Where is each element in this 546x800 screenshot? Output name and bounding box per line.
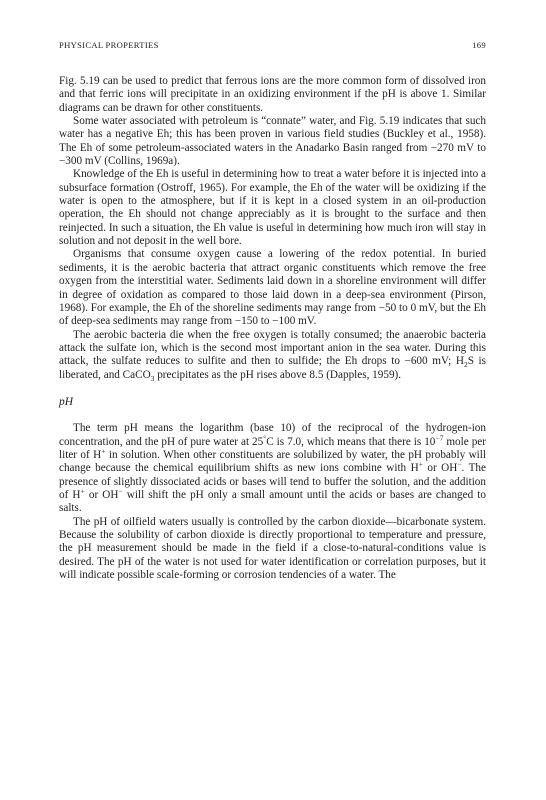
paragraph-7: The pH of oilfield waters usually is con… xyxy=(59,516,486,583)
text-run: or OH xyxy=(423,462,457,474)
paragraph-6: The term pH means the logarithm (base 10… xyxy=(59,422,486,515)
body-text: Fig. 5.19 can be used to predict that fe… xyxy=(59,75,486,582)
paragraph-5: The aerobic bacteria die when the free o… xyxy=(59,329,486,382)
text-run: precipitates as the pH rises above 8.5 (… xyxy=(154,369,401,381)
paragraph-2: Some water associated with petroleum is … xyxy=(59,115,486,168)
paragraph-4: Organisms that consume oxygen cause a lo… xyxy=(59,248,486,328)
text-run: The aerobic bacteria die when the free o… xyxy=(59,329,486,368)
page-number: 169 xyxy=(472,40,486,50)
running-header: PHYSICAL PROPERTIES 169 xyxy=(59,40,486,54)
text-run: C is 7.0, which means that there is 10 xyxy=(266,436,435,448)
text-run: or OH xyxy=(85,489,119,501)
running-title: PHYSICAL PROPERTIES xyxy=(59,40,159,50)
book-page: PHYSICAL PROPERTIES 169 Fig. 5.19 can be… xyxy=(59,40,486,582)
paragraph-3: Knowledge of the Eh is useful in determi… xyxy=(59,168,486,248)
paragraph-1: Fig. 5.19 can be used to predict that fe… xyxy=(59,75,486,115)
section-heading-ph: pH xyxy=(59,396,486,409)
text-run: will shift the pH only a small amount un… xyxy=(59,489,486,514)
